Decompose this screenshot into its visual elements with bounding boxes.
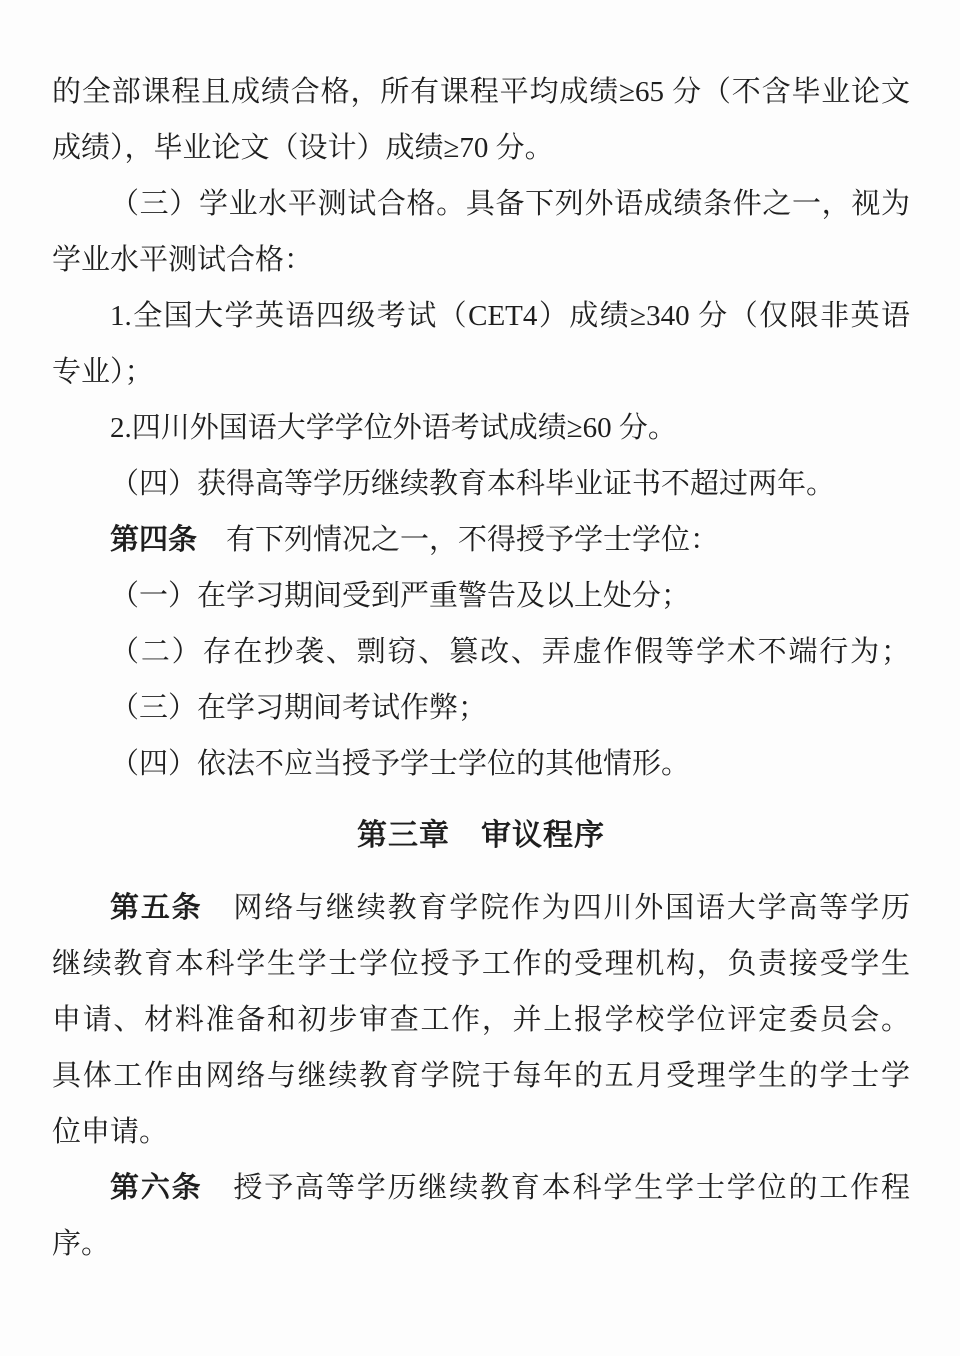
text-segment: （三）学业水平测试合格。具备下列外语成绩条件之一，视为 [110, 188, 910, 220]
text-line: 第五条 网络与继续教育学院作为四川外国语大学高等学历 [52, 880, 910, 936]
text-line: 位申请。 [52, 1104, 910, 1160]
text-line: （一）在学习期间受到严重警告及以上处分； [52, 568, 910, 624]
text-line: 具体工作由网络与继续教育学院于每年的五月受理学生的学士学 [52, 1048, 910, 1104]
article-number-label: 第五条 [110, 892, 203, 924]
text-segment: 位申请。 [52, 1116, 168, 1148]
text-segment: （三）在学习期间考试作弊； [110, 692, 487, 724]
text-line: 成绩），毕业论文（设计）成绩≥70 分。 [52, 120, 910, 176]
text-segment: （二）存在抄袭、剽窃、篡改、弄虚作假等学术不端行为； [110, 636, 910, 668]
text-segment: 继续教育本科学生学士学位授予工作的受理机构，负责接受学生 [52, 948, 910, 980]
text-segment: 网络与继续教育学院作为四川外国语大学高等学历 [203, 892, 910, 924]
text-line: 第四条 有下列情况之一，不得授予学士学位： [52, 512, 910, 568]
text-segment: 1.全国大学英语四级考试（CET4）成绩≥340 分（仅限非英语 [110, 300, 910, 332]
text-segment: （四）获得高等学历继续教育本科毕业证书不超过两年。 [110, 468, 835, 500]
text-line: （三）学业水平测试合格。具备下列外语成绩条件之一，视为 [52, 176, 910, 232]
text-segment: 申请、材料准备和初步审查工作，并上报学校学位评定委员会。 [52, 1004, 910, 1036]
text-segment: （四）依法不应当授予学士学位的其他情形。 [110, 748, 690, 780]
chapter-heading: 第三章 审议程序 [52, 808, 910, 864]
text-line: 序。 [52, 1216, 910, 1272]
text-segment: 2.四川外国语大学学位外语考试成绩≥60 分。 [110, 412, 677, 444]
article-number-label: 第六条 [110, 1172, 203, 1204]
text-line: 申请、材料准备和初步审查工作，并上报学校学位评定委员会。 [52, 992, 910, 1048]
text-line: 学业水平测试合格： [52, 232, 910, 288]
text-segment: 成绩），毕业论文（设计）成绩≥70 分。 [52, 132, 554, 164]
text-line: （四）依法不应当授予学士学位的其他情形。 [52, 736, 910, 792]
text-line: 继续教育本科学生学士学位授予工作的受理机构，负责接受学生 [52, 936, 910, 992]
text-segment: 序。 [52, 1228, 110, 1260]
text-segment: 的全部课程且成绩合格，所有课程平均成绩≥65 分（不含毕业论文 [52, 76, 910, 108]
text-line: 的全部课程且成绩合格，所有课程平均成绩≥65 分（不含毕业论文 [52, 64, 910, 120]
text-line: 专业）； [52, 344, 910, 400]
text-line: （二）存在抄袭、剽窃、篡改、弄虚作假等学术不端行为； [52, 624, 910, 680]
text-segment: （一）在学习期间受到严重警告及以上处分； [110, 580, 690, 612]
text-segment: 专业）； [52, 356, 154, 388]
article-number-label: 第三章 审议程序 [357, 819, 605, 852]
text-segment: 有下列情况之一，不得授予学士学位： [197, 524, 719, 556]
document-body: 的全部课程且成绩合格，所有课程平均成绩≥65 分（不含毕业论文成绩），毕业论文（… [0, 0, 960, 1272]
text-line: 1.全国大学英语四级考试（CET4）成绩≥340 分（仅限非英语 [52, 288, 910, 344]
article-number-label: 第四条 [110, 524, 197, 556]
text-segment: 具体工作由网络与继续教育学院于每年的五月受理学生的学士学 [52, 1060, 910, 1092]
text-line: （四）获得高等学历继续教育本科毕业证书不超过两年。 [52, 456, 910, 512]
scanned-document-page: 的全部课程且成绩合格，所有课程平均成绩≥65 分（不含毕业论文成绩），毕业论文（… [0, 0, 960, 1356]
text-segment: 学业水平测试合格： [52, 244, 313, 276]
text-segment: 授予高等学历继续教育本科学生学士学位的工作程 [203, 1172, 910, 1204]
text-line: （三）在学习期间考试作弊； [52, 680, 910, 736]
text-line: 第六条 授予高等学历继续教育本科学生学士学位的工作程 [52, 1160, 910, 1216]
text-line: 2.四川外国语大学学位外语考试成绩≥60 分。 [52, 400, 910, 456]
